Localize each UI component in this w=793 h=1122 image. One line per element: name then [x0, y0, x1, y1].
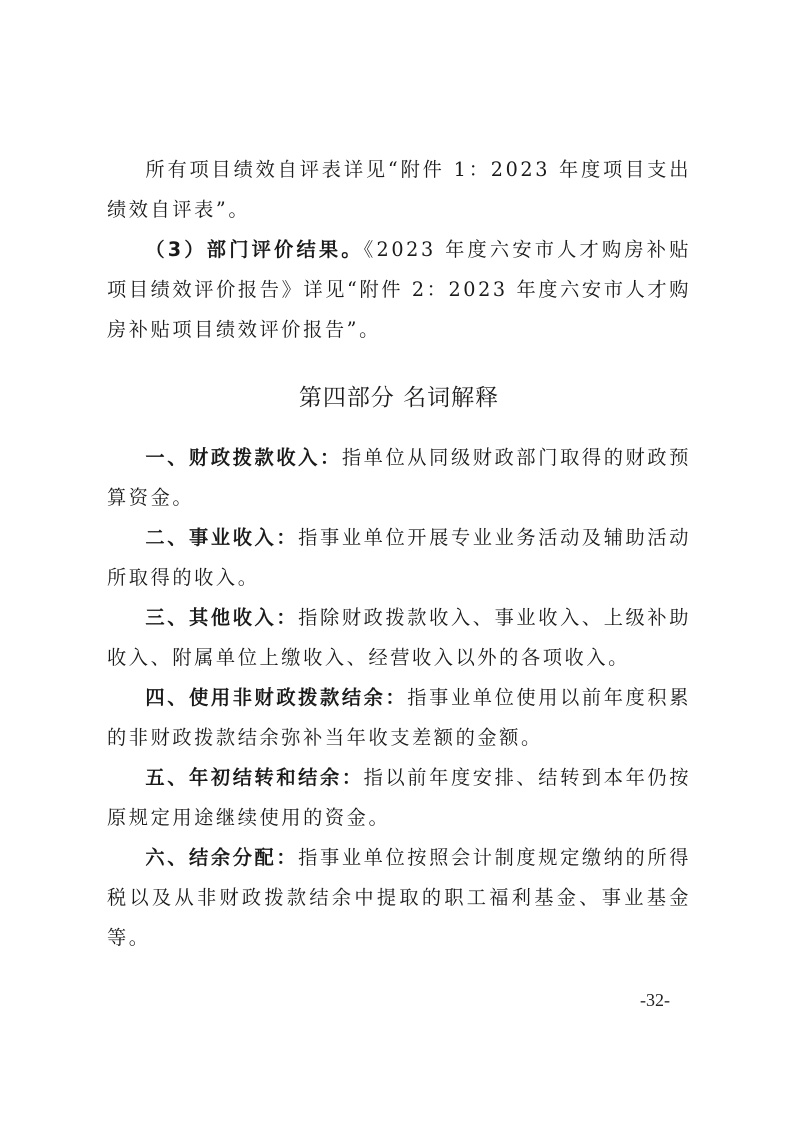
definition-term: 三、其他收入：	[145, 606, 298, 629]
paragraph-department-evaluation: （3）部门评价结果。《2023 年度六安市人才购房补贴项目绩效评价报告》详见“附…	[107, 230, 691, 350]
definition-item: 六、结余分配：指事业单位按照会计制度规定缴纳的所得税以及从非财政拨款结余中提取的…	[107, 838, 691, 958]
paragraph-text: 所有项目绩效自评表详见“附件 1：2023 年度项目支出绩效自评表”。	[107, 158, 691, 221]
definition-item: 二、事业收入：指事业单位开展专业业务活动及辅助活动所取得的收入。	[107, 518, 691, 598]
definition-term: 一、财政拨款收入：	[145, 446, 341, 469]
definition-item: 一、财政拨款收入：指单位从同级财政部门取得的财政预算资金。	[107, 438, 691, 518]
definition-term: 四、使用非财政拨款结余：	[145, 686, 407, 709]
document-page: 所有项目绩效自评表详见“附件 1：2023 年度项目支出绩效自评表”。 （3）部…	[107, 150, 691, 958]
definition-item: 三、其他收入：指除财政拨款收入、事业收入、上级补助收入、附属单位上缴收入、经营收…	[107, 598, 691, 678]
definition-term: 五、年初结转和结余：	[145, 766, 363, 789]
definition-term: 二、事业收入：	[145, 526, 298, 549]
section-heading: 第四部分 名词解释	[107, 378, 691, 418]
paragraph-lead: （3）部门评价结果。	[145, 238, 363, 261]
page-number: -32-	[640, 990, 670, 1011]
paragraph-self-evaluation: 所有项目绩效自评表详见“附件 1：2023 年度项目支出绩效自评表”。	[107, 150, 691, 230]
definition-item: 五、年初结转和结余：指以前年度安排、结转到本年仍按原规定用途继续使用的资金。	[107, 758, 691, 838]
definition-term: 六、结余分配：	[145, 846, 298, 869]
definition-item: 四、使用非财政拨款结余：指事业单位使用以前年度积累的非财政拨款结余弥补当年收支差…	[107, 678, 691, 758]
